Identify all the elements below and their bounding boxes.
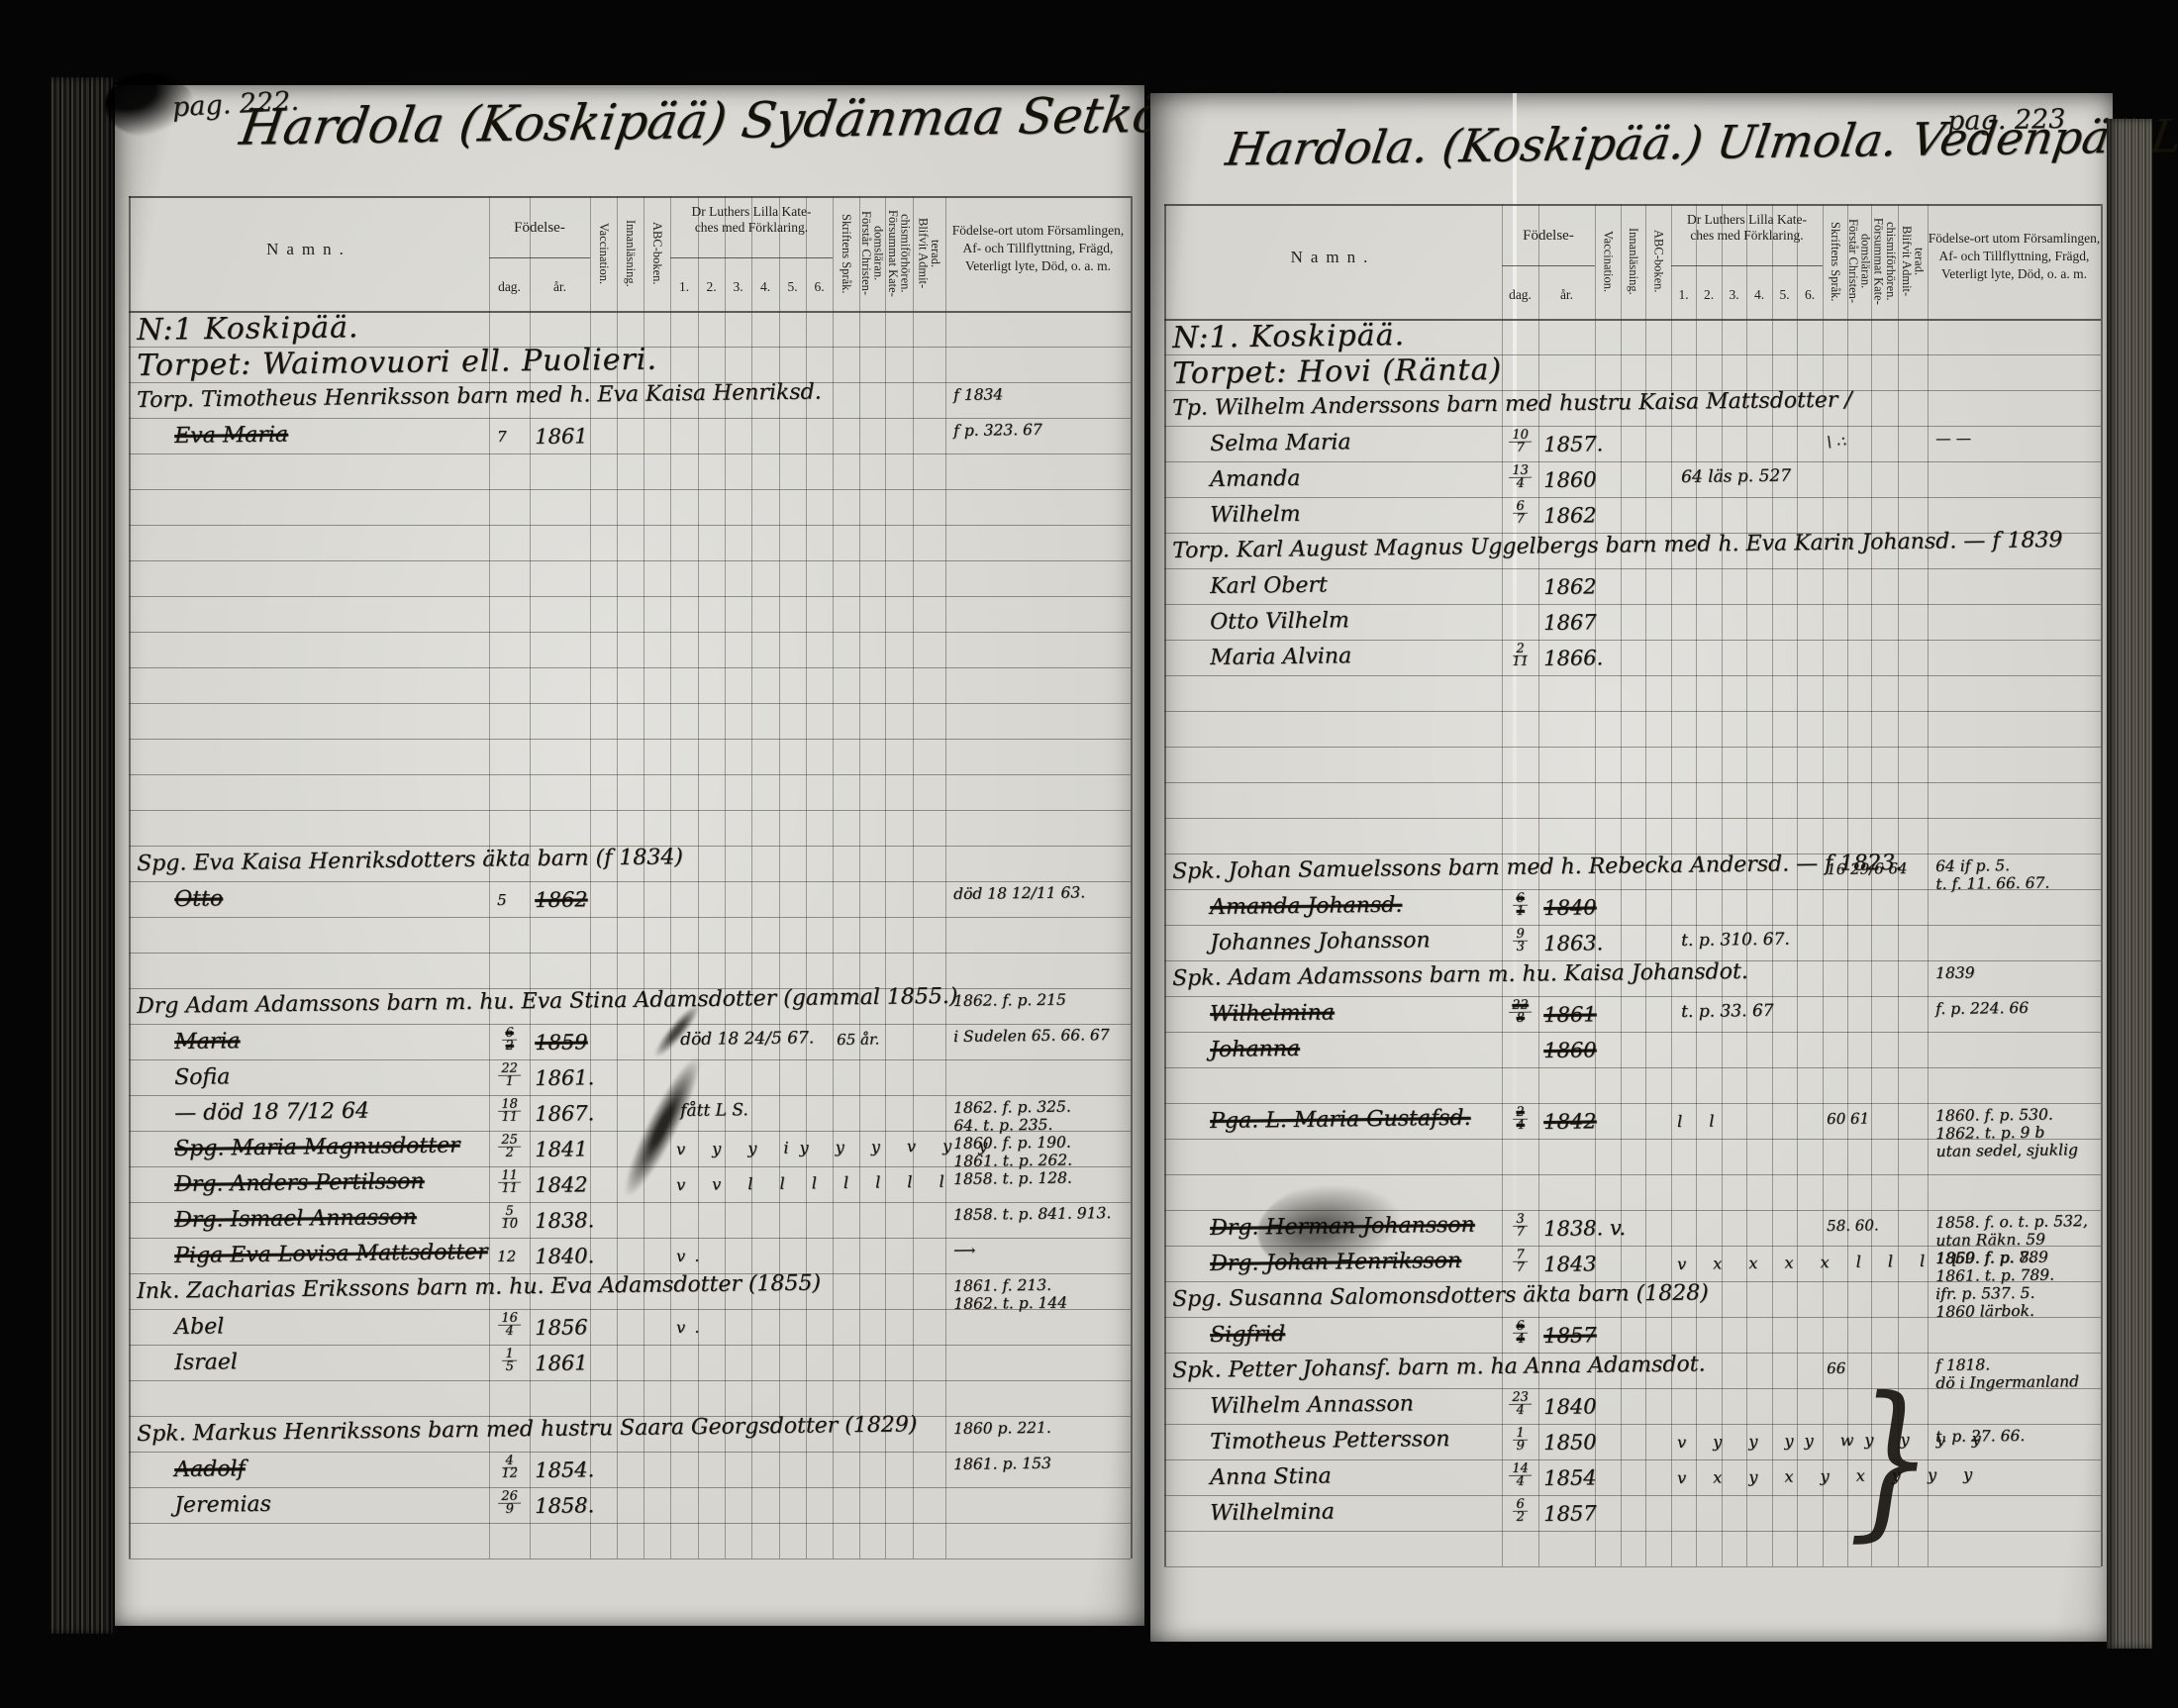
birth-year: 1862: [535, 887, 588, 912]
column-header-blifvit: Blifvit Admit- terad.: [913, 200, 945, 307]
row-line: [1164, 426, 2101, 427]
entry-name: Karl Obert: [1210, 573, 1328, 599]
entry-name: Amanda: [1210, 466, 1301, 492]
birth-day-part: 7: [1517, 1262, 1525, 1274]
birth-day: 134: [1504, 465, 1536, 490]
row-line: [129, 525, 1131, 526]
row-line: [129, 703, 1131, 704]
entry-name: Abel: [174, 1314, 224, 1340]
column-header-ar: år.: [1538, 287, 1595, 303]
entry-name: Anna Stina: [1210, 1464, 1332, 1490]
birth-day-part: 7: [1517, 443, 1525, 454]
row-line: [1164, 640, 2101, 641]
row-line: [1164, 1495, 2101, 1496]
column-line: [129, 196, 131, 1558]
entry-name: Drg. Anders Pertilsson: [174, 1169, 425, 1197]
birth-year: 1840: [1543, 1394, 1597, 1419]
row-line: [129, 560, 1131, 561]
birth-day: 228: [1504, 1000, 1536, 1025]
column-header-fodelseort: Födelse-ort utom Församlingen, Af- och T…: [1928, 230, 2101, 283]
row-line: [129, 453, 1131, 454]
birth-day-part: 5: [506, 1361, 514, 1373]
row-line: [129, 1487, 1131, 1488]
margin-note: 1860. f. p. 190. 1861. t. p. 262.: [953, 1133, 1125, 1170]
column-line: [913, 196, 914, 1558]
birth-day: 15: [491, 1349, 528, 1373]
column-header-kateches-5: 5.: [1772, 287, 1797, 303]
entry-name: Drg. Ismael Annasson: [174, 1205, 417, 1233]
ink-brace: }: [1848, 1380, 1934, 1539]
household-heading: Drg Adam Adamssons barn m. hu. Eva Stina…: [137, 984, 958, 1019]
entry-name: Wilhelmina: [1210, 1499, 1335, 1526]
row-line: [1164, 675, 2101, 676]
birth-year: 1861: [1543, 1002, 1597, 1027]
column-header-abc_boken: ABC-boken.: [1645, 208, 1671, 315]
birth-day: 1811: [491, 1099, 528, 1124]
row-line: [1164, 996, 2101, 997]
margin-note: 1858. t. p. 841. 913.: [953, 1204, 1125, 1224]
column-header-dag: dag.: [489, 279, 530, 295]
birth-day: 61: [1504, 893, 1536, 918]
birth-day: 19: [1504, 1428, 1536, 1453]
left-page: pag. 222. Hardola (Koskipää) Sydänmaa Se…: [115, 85, 1144, 1626]
column-header-kateches: Dr Luthers Lilla Kate- ches med Förklari…: [670, 204, 833, 236]
birth-year: 1859: [535, 1030, 588, 1055]
column-header-abc_boken: ABC-boken.: [643, 200, 670, 307]
header-subdivider: [1502, 265, 1595, 266]
entry-name: Sofia: [174, 1064, 230, 1090]
admission-note: \ ∴: [1827, 433, 1846, 451]
row-line: [129, 881, 1131, 882]
row-line: [1164, 497, 2101, 498]
column-header-kateches-3: 3.: [1722, 287, 1746, 303]
household-heading: Spk. Petter Johansf. barn m. ha Anna Ada…: [1172, 1352, 1706, 1383]
birth-year: 1861: [535, 424, 588, 449]
household-heading: Tp. Wilhelm Anderssons barn med hustru K…: [1172, 388, 1852, 421]
column-header-fodelse: Födelse-: [1502, 228, 1595, 245]
entry-name: Maria Alvina: [1210, 644, 1351, 670]
birth-day-part: 2: [1517, 1512, 1525, 1524]
column-header-forsummat: Försummat Kate- chismiförhören.: [1871, 208, 1898, 315]
book-spine: [49, 77, 117, 1634]
birth-day: 107: [1504, 430, 1536, 454]
row-line: [129, 953, 1131, 954]
row-line: [1164, 1103, 2101, 1104]
birth-year: 1861.: [535, 1065, 594, 1090]
birth-day: 234: [1504, 1392, 1536, 1417]
birth-year: 1854: [1543, 1465, 1597, 1490]
register-table: Namn.Födelse-dag.år.Dr Luthers Lilla Kat…: [1164, 204, 2101, 1566]
birth-day: 62: [1504, 1499, 1536, 1524]
column-header-kateches-1: 1.: [670, 279, 698, 295]
column-header-kateches-3: 3.: [725, 279, 751, 295]
column-header-vaccination: Vaccination.: [590, 200, 617, 307]
birth-year: 1867: [1543, 610, 1597, 635]
column-header-kateches-4: 4.: [1746, 287, 1772, 303]
admission-note: 66: [1827, 1359, 1845, 1377]
row-line: [129, 667, 1131, 668]
row-line: [129, 739, 1131, 740]
column-header-kateches-5: 5.: [779, 279, 806, 295]
birth-day: 412: [491, 1456, 528, 1480]
row-line: [129, 1095, 1131, 1096]
birth-year: 1857.: [1543, 432, 1603, 456]
column-header-skriftens_sprak: Skriftens Språk.: [833, 200, 859, 307]
row-line: [129, 596, 1131, 597]
row-line: [129, 1380, 1131, 1381]
entry-name: Sigfrid: [1210, 1322, 1285, 1348]
row-line: [129, 1238, 1131, 1239]
household-heading: N:1 Koskipää.: [137, 310, 359, 348]
margin-note: — —: [1935, 428, 2095, 448]
birth-year: 1841: [535, 1137, 588, 1161]
row-line: [129, 1024, 1131, 1025]
birth-day-part: 7: [1517, 514, 1525, 526]
column-header-namn: Namn.: [1164, 248, 1502, 267]
birth-day-part: 9: [1517, 1441, 1525, 1453]
birth-day: 24: [1504, 1107, 1536, 1132]
row-line: [129, 489, 1131, 490]
birth-day: 7: [497, 428, 507, 446]
column-header-blifvit: Blifvit Admit- terad.: [1898, 208, 1928, 315]
column-line: [2101, 204, 2103, 1566]
header-subdivider: [489, 257, 590, 258]
birth-day: 37: [1504, 1214, 1536, 1239]
entry-name: Spg. Maria Magnusdotter: [174, 1133, 460, 1161]
birth-year: 1840: [1543, 895, 1597, 920]
page-stack-edge: [2107, 119, 2152, 1649]
birth-year: 1862: [1543, 503, 1597, 528]
entry-name: Timotheus Pettersson: [1210, 1427, 1450, 1455]
birth-year: 1840.: [535, 1244, 594, 1268]
column-header-kateches-6: 6.: [806, 279, 833, 295]
birth-day: 12: [497, 1248, 516, 1265]
birth-year: 1850: [1543, 1430, 1597, 1455]
column-header-namn: Namn.: [129, 240, 489, 259]
birth-day: 269: [491, 1491, 528, 1516]
reading-marks: v.: [676, 1247, 710, 1265]
margin-note: t. p. 27. 66.: [1935, 1426, 2095, 1446]
birth-year: 1842: [535, 1172, 588, 1197]
column-header-kateches-6: 6.: [1797, 287, 1823, 303]
entry-name: Eva Maria: [174, 423, 288, 449]
margin-note: f 1818. dö i Ingermanland: [1935, 1355, 2095, 1392]
row-line: [129, 632, 1131, 633]
margin-note: ifr. p. 537. 5. 1860 lärbok.: [1935, 1283, 2095, 1321]
household-heading: Spk. Markus Henrikssons barn med hustru …: [137, 1412, 918, 1447]
household-heading: Spg. Susanna Salomonsdotters äkta barn (…: [1172, 1280, 1709, 1312]
birth-day-part: 2: [506, 1148, 514, 1159]
birth-day-part: 2: [506, 1041, 514, 1053]
entry-name: Aadolf: [174, 1457, 246, 1482]
row-line: [129, 1452, 1131, 1453]
birth-day-part: 4: [506, 1326, 514, 1338]
household-heading: Spk. Adam Adamssons barn m. hu. Kaisa Jo…: [1172, 959, 1748, 991]
row-line: [1164, 925, 2101, 926]
entry-name: Selma Maria: [1210, 430, 1351, 456]
birth-day: 67: [1504, 501, 1536, 526]
center-note: t. p. 33. 67: [1681, 1001, 1774, 1022]
entry-name: Maria: [174, 1029, 241, 1055]
entry-name: Otto Vilhelm: [1210, 608, 1349, 635]
household-heading: N:1. Koskipää.: [1172, 318, 1405, 355]
row-line: [1164, 568, 2101, 569]
column-line: [1164, 204, 1166, 1566]
birth-year: 1854.: [535, 1457, 594, 1482]
header-subdivider: [670, 257, 833, 258]
scanned-register-spread: pag. 222. Hardola (Koskipää) Sydänmaa Se…: [0, 0, 2178, 1708]
reading-marks: v y y iy y y v y y: [676, 1136, 998, 1158]
column-line: [1131, 196, 1133, 1558]
column-header-kateches-2: 2.: [1696, 287, 1722, 303]
entry-name: Wilhelmina: [1210, 1000, 1335, 1027]
birth-day-part: 4: [1517, 1334, 1525, 1346]
row-line: [1164, 604, 2101, 605]
column-header-kateches-2: 2.: [698, 279, 725, 295]
column-header-forstar: Förstår Christen- domsläran.: [859, 200, 885, 307]
household-heading: Torp. Timotheus Henriksson barn med h. E…: [137, 380, 822, 413]
entry-name: Israel: [174, 1350, 238, 1375]
reading-marks: l l: [1677, 1111, 1726, 1131]
column-header-dag: dag.: [1502, 287, 1538, 303]
birth-year: 1838. v.: [1543, 1216, 1626, 1241]
row-line: [129, 1558, 1131, 1559]
center-note: död 18 24/5 67.: [680, 1028, 814, 1050]
birth-year: 1861: [535, 1351, 588, 1375]
birth-year: 1838.: [535, 1208, 594, 1233]
birth-day-part: 10: [501, 1219, 518, 1231]
reading-marks: v.: [676, 1318, 710, 1337]
birth-year: 1856: [535, 1315, 588, 1340]
birth-day: 64: [1504, 1321, 1536, 1346]
household-heading: Spg. Eva Kaisa Henriksdotters äkta barn …: [137, 845, 683, 876]
row-line: [1164, 747, 2101, 748]
row-line: [1164, 782, 2101, 783]
table-border-top: [129, 196, 1131, 198]
reading-marks: v x y x y x y y y: [1677, 1464, 1983, 1487]
column-header-innanlasning: Innanläsning.: [1621, 208, 1645, 315]
birth-year: 1843: [1543, 1252, 1597, 1276]
entry-name: Wilhelm Annasson: [1210, 1391, 1414, 1419]
birth-day-part: 12: [501, 1468, 518, 1480]
margin-note: ⟶: [953, 1240, 1125, 1259]
row-line: [129, 774, 1131, 775]
row-line: [1164, 1067, 2101, 1068]
row-line: [1164, 1531, 2101, 1532]
table-border-top: [1164, 204, 2101, 206]
column-header-skriftens_sprak: Skriftens Språk.: [1823, 208, 1847, 315]
margin-note: 1859. f. p. 789 1861. t. p. 789.: [1935, 1248, 2095, 1285]
household-heading: Spk. Johan Samuelssons barn med h. Rebec…: [1172, 851, 1902, 884]
column-header-ar: år.: [530, 279, 590, 295]
register-table: Namn.Födelse-dag.år.Dr Luthers Lilla Kat…: [129, 196, 1131, 1558]
birth-year: 1858.: [535, 1493, 594, 1518]
admission-note: 16 29/6 64: [1827, 859, 1908, 878]
center-note: t. p. 310. 67.: [1681, 930, 1790, 951]
birth-year: 1862: [1543, 574, 1597, 599]
admission-note: 65 år.: [837, 1030, 879, 1049]
margin-note: 1860 p. 221.: [953, 1418, 1125, 1438]
birth-day-part: 11: [501, 1183, 518, 1195]
birth-day-part: 11: [1512, 656, 1529, 668]
admission-note: 60 61: [1827, 1109, 1869, 1128]
birth-day-part: 9: [506, 1504, 514, 1516]
row-line: [1164, 1459, 2101, 1460]
birth-year: 1857: [1543, 1323, 1597, 1348]
column-header-forsummat: Försummat Kate- chismiförhören.: [885, 200, 913, 307]
row-line: [129, 1059, 1131, 1060]
admission-note: 58. 60.: [1827, 1216, 1879, 1235]
column-header-fodelse: Födelse-: [489, 220, 590, 237]
row-line: [129, 1202, 1131, 1203]
margin-note: f 1834: [953, 384, 1125, 404]
birth-day: 93: [1504, 929, 1536, 954]
column-header-kateches: Dr Luthers Lilla Kate- ches med Förklari…: [1671, 212, 1823, 244]
entry-name: Jeremias: [174, 1492, 271, 1518]
row-line: [1164, 461, 2101, 462]
row-line: [1164, 1174, 2101, 1175]
birth-day-part: 4: [1517, 478, 1525, 490]
entry-name: Wilhelm: [1210, 502, 1301, 528]
column-header-innanlasning: Innanläsning.: [617, 200, 643, 307]
household-heading: Torpet: Waimovuori ell. Puolieri.: [137, 343, 657, 383]
row-line: [1164, 1032, 2101, 1033]
entry-name: Amanda Johansd.: [1210, 893, 1402, 920]
margin-note: i Sudelen 65. 66. 67: [953, 1026, 1125, 1046]
birth-day-part: 8: [1517, 1013, 1525, 1025]
column-line: [859, 196, 860, 1558]
birth-day-part: 4: [1517, 1405, 1525, 1417]
entry-name: Johannes Johansson: [1210, 928, 1431, 955]
entry-name: Piga Eva Lovisa Mattsdotter: [174, 1240, 488, 1268]
column-header-forstar: Förstår Christen- domsläran.: [1847, 208, 1871, 315]
birth-day: 164: [491, 1313, 528, 1338]
column-header-kateches-1: 1.: [1671, 287, 1696, 303]
birth-day: 510: [491, 1206, 528, 1231]
birth-year: 1863.: [1543, 931, 1603, 955]
reading-marks: v v l l l l l l l: [676, 1172, 955, 1194]
margin-note: 1861. p. 153: [953, 1454, 1125, 1473]
right-page: pag. 223 Hardola. (Koskipää.) Ulmola. Ve…: [1150, 93, 2113, 1642]
birth-day: 144: [1504, 1463, 1536, 1488]
row-line: [129, 810, 1131, 811]
birth-day: 62: [491, 1028, 528, 1053]
birth-year: 1842: [1543, 1109, 1597, 1134]
birth-day-part: 7: [1517, 1227, 1525, 1239]
birth-day-part: 3: [1517, 942, 1525, 954]
margin-note: 1862. f. p. 325. 64. t. p. 235.: [953, 1097, 1125, 1135]
row-line: [1164, 1424, 2101, 1425]
entry-name: — död 18 7/12 64: [174, 1099, 369, 1126]
birth-year: 1867.: [535, 1101, 594, 1126]
row-line: [1164, 711, 2101, 712]
page-title: Hardola. (Koskipää.) Ulmola. Vedenpää Lä…: [1223, 107, 2178, 175]
margin-note: 64 if p. 5. t. f. 11. 66. 67.: [1935, 855, 2095, 893]
margin-note: f p. 323. 67: [953, 420, 1125, 440]
margin-note: död 18 12/11 63.: [953, 883, 1125, 903]
margin-note: 1858. t. p. 128.: [953, 1168, 1125, 1188]
birth-year: 1860: [1543, 1038, 1597, 1062]
birth-day-part: 4: [1517, 1476, 1525, 1488]
column-header-fodelseort: Födelse-ort utom Församlingen, Af- och T…: [945, 222, 1131, 275]
row-line: [129, 1523, 1131, 1524]
column-header-vaccination: Vaccination.: [1595, 208, 1621, 315]
birth-year: 1857: [1543, 1501, 1597, 1526]
center-note: fått L S.: [680, 1100, 748, 1121]
birth-day-part: 4: [1517, 1120, 1525, 1132]
column-line: [945, 196, 946, 1558]
entry-name: Otto: [174, 886, 223, 912]
birth-year: 1866.: [1543, 646, 1603, 670]
margin-note: f. p. 224. 66: [1935, 998, 2095, 1018]
birth-day-part: 1: [1517, 906, 1525, 918]
birth-day-part: 1: [506, 1076, 514, 1088]
column-line: [885, 196, 886, 1558]
birth-day-part: 11: [501, 1112, 518, 1124]
header-subdivider: [1671, 265, 1823, 266]
column-line: [833, 196, 834, 1558]
birth-year: 1860: [1543, 467, 1597, 492]
row-line: [1164, 818, 2101, 819]
household-heading: Ink. Zacharias Erikssons barn m. hu. Eva…: [137, 1271, 821, 1304]
birth-day: 1111: [491, 1170, 528, 1195]
margin-note: 1861. f. 213. 1862. t. p. 144: [953, 1275, 1125, 1313]
birth-day: 5: [497, 891, 507, 909]
birth-day: 221: [491, 1063, 528, 1088]
reading-marks: v x x x x l l l l: [1677, 1251, 1968, 1273]
entry-name: Johanna: [1210, 1037, 1300, 1062]
household-heading: Torpet: Hovi (Ränta): [1172, 352, 1502, 391]
margin-note: 1862. f. p. 215: [953, 990, 1125, 1010]
row-line: [129, 1345, 1131, 1346]
column-header-kateches-4: 4.: [751, 279, 779, 295]
entry-name: Pga. L. Maria Gustafsd.: [1210, 1106, 1471, 1134]
margin-note: 1860. f. p. 530. 1862. t. p. 9 b utan se…: [1935, 1105, 2096, 1160]
birth-day: 77: [1504, 1250, 1536, 1274]
row-line: [129, 917, 1131, 918]
birth-day: 211: [1504, 644, 1536, 668]
birth-day: 252: [491, 1135, 528, 1159]
row-line: [1164, 1566, 2101, 1567]
center-note: 64 läs p. 527: [1681, 466, 1791, 487]
row-line: [129, 418, 1131, 419]
margin-note: 1839: [1935, 962, 2095, 982]
